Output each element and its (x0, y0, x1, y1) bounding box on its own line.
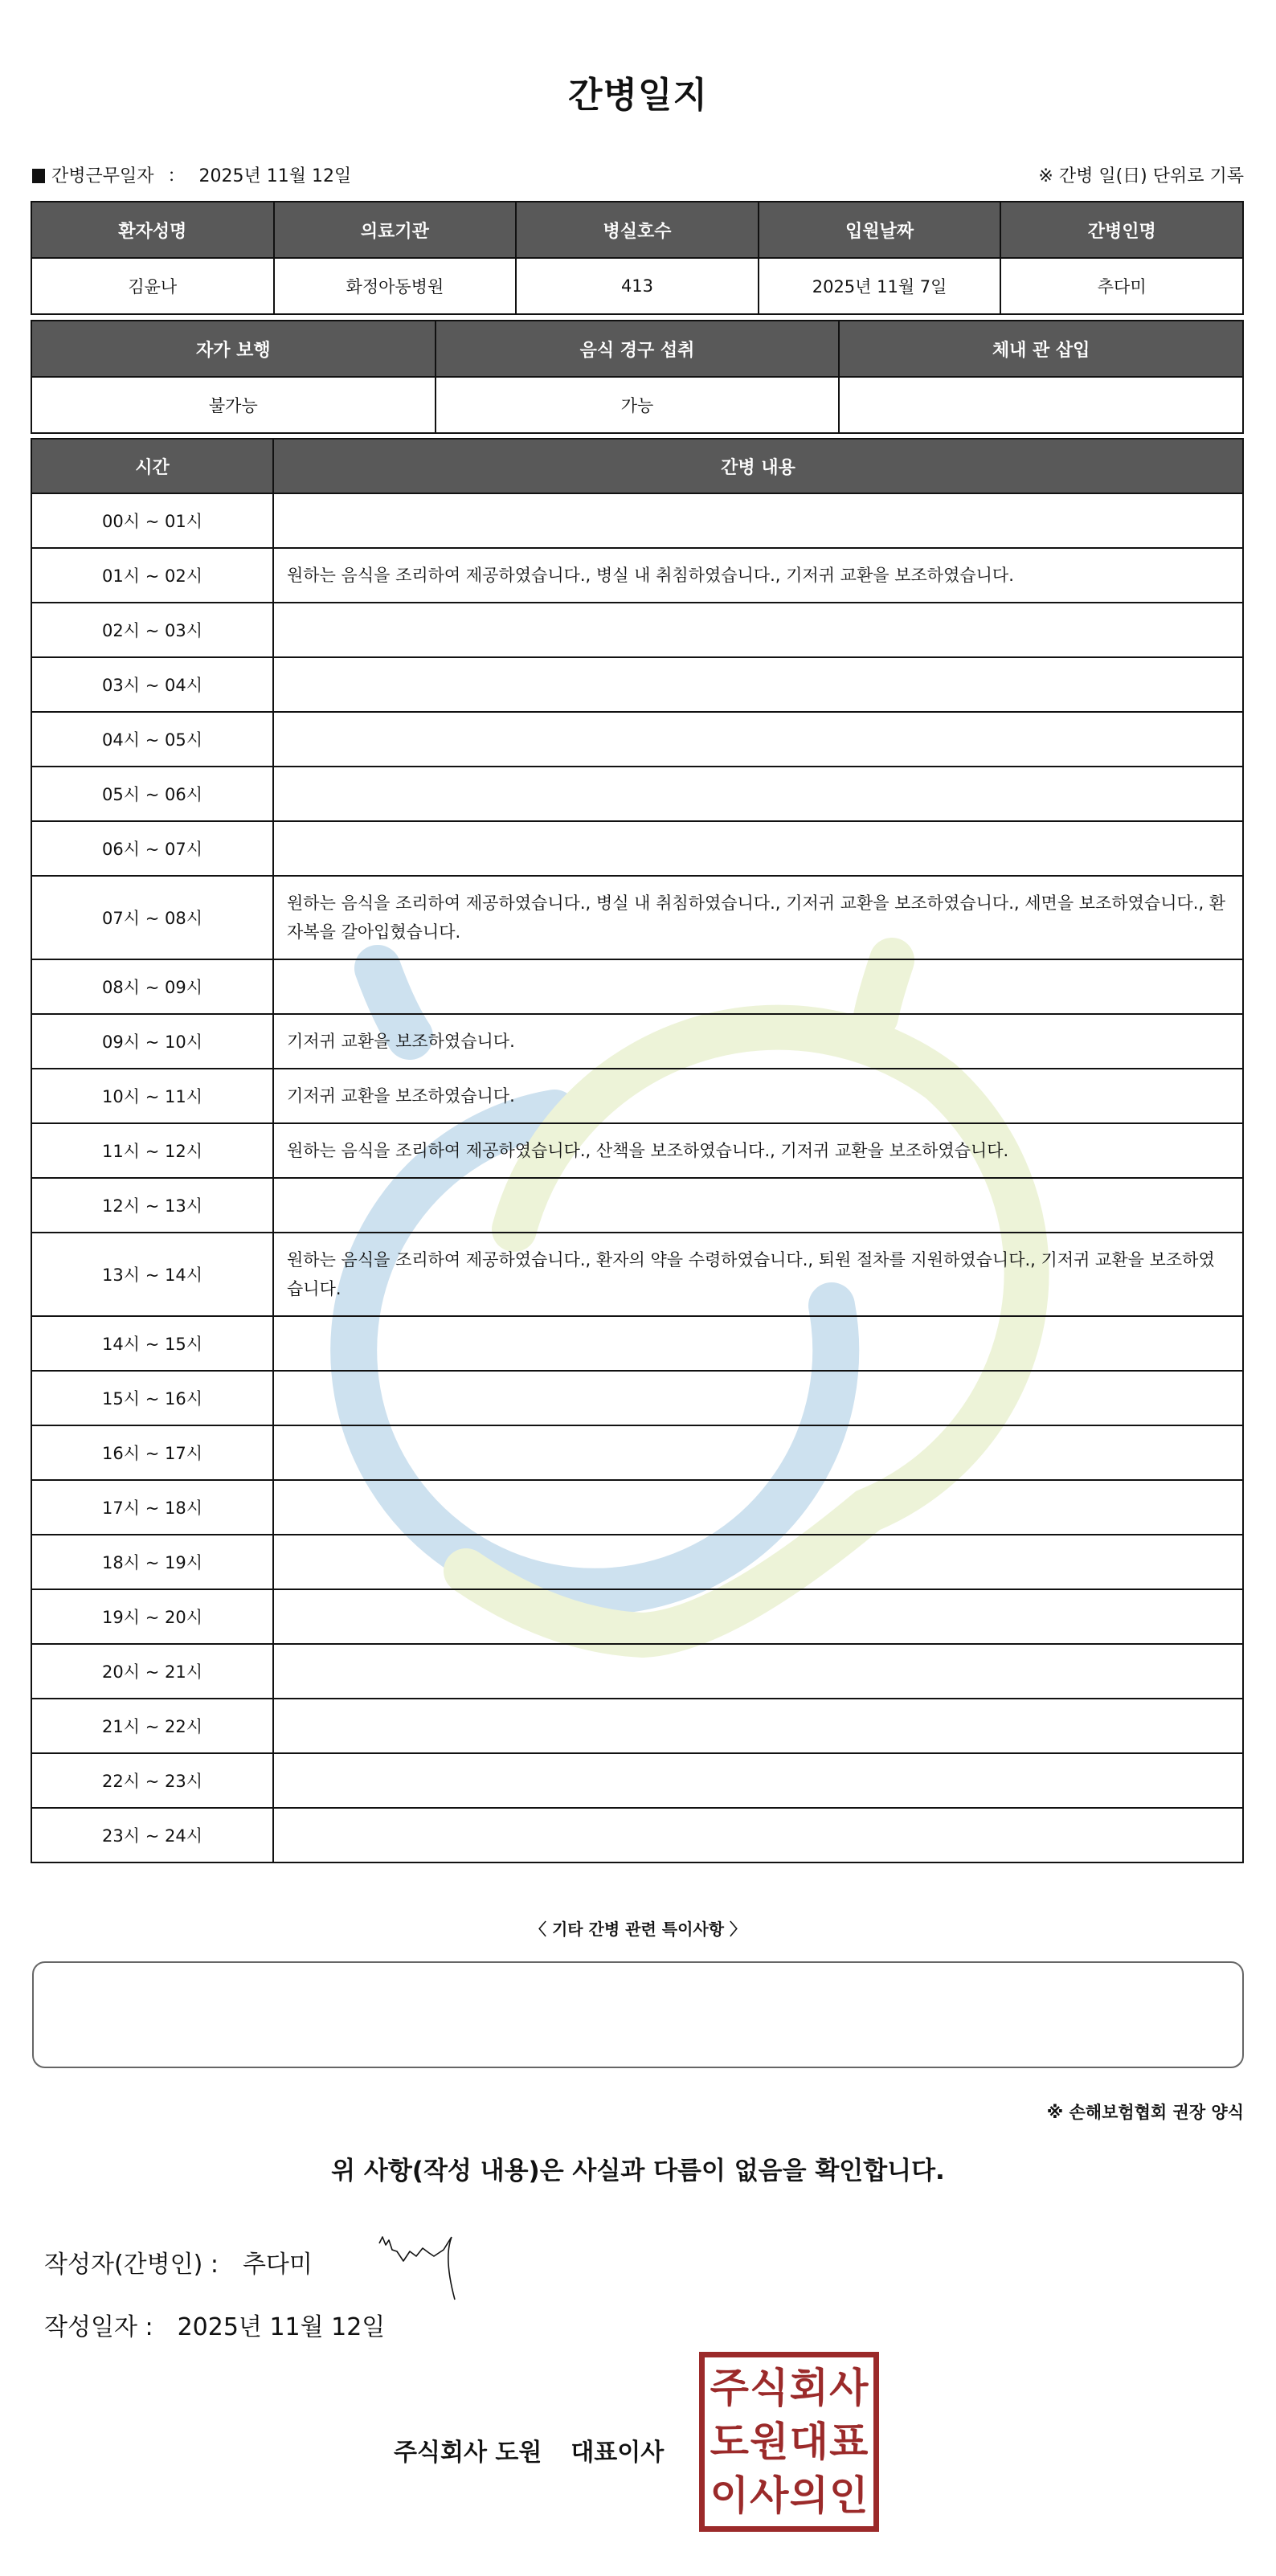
log-row-content (272, 1370, 1244, 1426)
tube-insertion-value (838, 376, 1244, 434)
log-row-content (272, 656, 1244, 713)
header-room-number: 병실호수 (515, 201, 759, 259)
log-row-time: 17시 ~ 18시 (31, 1479, 274, 1535)
stamp-character: 사 (750, 2469, 790, 2523)
handwritten-signature (376, 2234, 472, 2302)
log-row-time: 23시 ~ 24시 (31, 1807, 274, 1863)
stamp-character: 식 (750, 2361, 790, 2414)
writer-label: 작성자(간병인) : (44, 2244, 219, 2280)
patient-name-value: 김윤나 (31, 257, 275, 315)
log-row-content: 원하는 음식을 조리하여 제공하였습니다., 환자의 약을 수령하였습니다., … (272, 1232, 1244, 1317)
header-oral-intake: 음식 경구 섭취 (435, 320, 840, 378)
log-row-content (272, 1807, 1244, 1863)
writer-name: 추다미 (243, 2244, 313, 2280)
patient-status-table: 자가 보행 음식 경구 섭취 체내 관 삽입 불가능 가능 (32, 321, 1244, 434)
header-tube-insertion: 체내 관 삽입 (838, 320, 1244, 378)
log-row-content (272, 1425, 1244, 1481)
log-row-time: 21시 ~ 22시 (31, 1698, 274, 1754)
stamp-character: 원 (750, 2414, 790, 2468)
caregiver-name-value: 추다미 (1000, 257, 1244, 315)
self-walking-value: 불가능 (31, 376, 436, 434)
work-date-line: 간병근무일자 ： 2025년 11월 12일 (32, 162, 351, 187)
log-row-time: 05시 ~ 06시 (31, 766, 274, 822)
log-row-time: 18시 ~ 19시 (31, 1534, 274, 1590)
stamp-character: 인 (829, 2469, 869, 2523)
header-caregiver-name: 간병인명 (1000, 201, 1244, 259)
log-row-time: 07시 ~ 08시 (31, 875, 274, 960)
log-row-time: 11시 ~ 12시 (31, 1122, 274, 1179)
written-date-label: 작성일자 : (44, 2307, 153, 2342)
stamp-character: 사 (829, 2361, 869, 2414)
medical-institution-value: 화정아동병원 (273, 257, 517, 315)
special-notes-label: 〈 기타 간병 관련 특이사항 〉 (0, 1916, 1276, 1940)
header-self-walking: 자가 보행 (31, 320, 436, 378)
log-row-time: 09시 ~ 10시 (31, 1013, 274, 1069)
room-number-value: 413 (515, 257, 759, 315)
log-row-content (272, 1315, 1244, 1372)
care-log-table: 시간 간병 내용 00시 ~ 01시01시 ~ 02시원하는 음식을 조리하여 … (32, 440, 1244, 1863)
log-row-time: 04시 ~ 05시 (31, 711, 274, 767)
header-patient-name: 환자성명 (31, 201, 275, 259)
header-admission-date: 입원날짜 (758, 201, 1002, 259)
log-row-content (272, 1643, 1244, 1699)
stamp-character: 도 (710, 2414, 750, 2468)
writer-line: 작성자(간병인) :추다미 (44, 2244, 313, 2280)
page-title: 간병일지 (0, 66, 1276, 117)
company-signature-line: 주식회사 도원대표이사 (394, 2432, 664, 2468)
company-seal-stamp: 주식회사도원대표이사의인 (699, 2352, 879, 2532)
log-row-time: 22시 ~ 23시 (31, 1752, 274, 1809)
stamp-character: 표 (829, 2414, 869, 2468)
work-date-label: 간병근무일자 (51, 166, 154, 186)
log-row-time: 16시 ~ 17시 (31, 1425, 274, 1481)
record-unit-note: ※ 간병 일(日) 단위로 기록 (1038, 162, 1244, 187)
log-row-content (272, 1479, 1244, 1535)
confirmation-statement: 위 사항(작성 내용)은 사실과 다름이 없음을 확인합니다. (0, 2150, 1276, 2186)
log-row-time: 00시 ~ 01시 (31, 493, 274, 549)
log-row-time: 13시 ~ 14시 (31, 1232, 274, 1317)
work-date-value: 2025년 11월 12일 (199, 166, 352, 186)
stamp-character: 이 (710, 2469, 750, 2523)
log-row-content (272, 959, 1244, 1015)
log-row-time: 03시 ~ 04시 (31, 656, 274, 713)
log-row-content (272, 766, 1244, 822)
log-row-content (272, 493, 1244, 549)
header-care-content: 간병 내용 (272, 438, 1244, 494)
patient-info-table: 환자성명 의료기관 병실호수 입원날짜 간병인명 김윤나 화정아동병원 413 … (32, 202, 1244, 315)
log-row-time: 02시 ~ 03시 (31, 602, 274, 658)
log-row-time: 08시 ~ 09시 (31, 959, 274, 1015)
square-bullet-icon (32, 169, 45, 183)
stamp-character: 의 (789, 2469, 829, 2523)
special-notes-box (32, 1961, 1244, 2068)
log-row-content: 기저귀 교환을 보조하였습니다. (272, 1068, 1244, 1124)
log-row-time: 14시 ~ 15시 (31, 1315, 274, 1372)
admission-date-value: 2025년 11월 7일 (758, 257, 1002, 315)
oral-intake-value: 가능 (435, 376, 840, 434)
log-row-content (272, 1534, 1244, 1590)
log-row-content (272, 711, 1244, 767)
header-medical-institution: 의료기관 (273, 201, 517, 259)
form-source-note: ※ 손해보험협회 권장 양식 (1047, 2100, 1244, 2124)
log-row-content (272, 1752, 1244, 1809)
log-row-content (272, 1698, 1244, 1754)
company-name: 주식회사 도원 (394, 2439, 542, 2467)
written-date-line: 작성일자 :2025년 11월 12일 (44, 2307, 385, 2342)
log-row-content: 원하는 음식을 조리하여 제공하였습니다., 병실 내 취침하였습니다., 기저… (272, 547, 1244, 603)
log-row-content (272, 820, 1244, 877)
log-row-time: 12시 ~ 13시 (31, 1177, 274, 1233)
stamp-character: 대 (789, 2414, 829, 2468)
log-row-time: 01시 ~ 02시 (31, 547, 274, 603)
log-row-time: 20시 ~ 21시 (31, 1643, 274, 1699)
log-row-content (272, 1589, 1244, 1645)
written-date-value: 2025년 11월 12일 (178, 2307, 386, 2342)
log-row-time: 10시 ~ 11시 (31, 1068, 274, 1124)
log-row-time: 19시 ~ 20시 (31, 1589, 274, 1645)
stamp-character: 주 (710, 2361, 750, 2414)
log-row-content (272, 602, 1244, 658)
representative-title: 대표이사 (571, 2439, 664, 2467)
log-row-time: 15시 ~ 16시 (31, 1370, 274, 1426)
log-row-content: 기저귀 교환을 보조하였습니다. (272, 1013, 1244, 1069)
log-row-content (272, 1177, 1244, 1233)
log-row-content: 원하는 음식을 조리하여 제공하였습니다., 병실 내 취침하였습니다., 기저… (272, 875, 1244, 960)
log-row-content: 원하는 음식을 조리하여 제공하였습니다., 산책을 보조하였습니다., 기저귀… (272, 1122, 1244, 1179)
header-time: 시간 (31, 438, 274, 494)
stamp-character: 회 (789, 2361, 829, 2414)
work-date-separator: ： (168, 166, 186, 186)
log-row-time: 06시 ~ 07시 (31, 820, 274, 877)
